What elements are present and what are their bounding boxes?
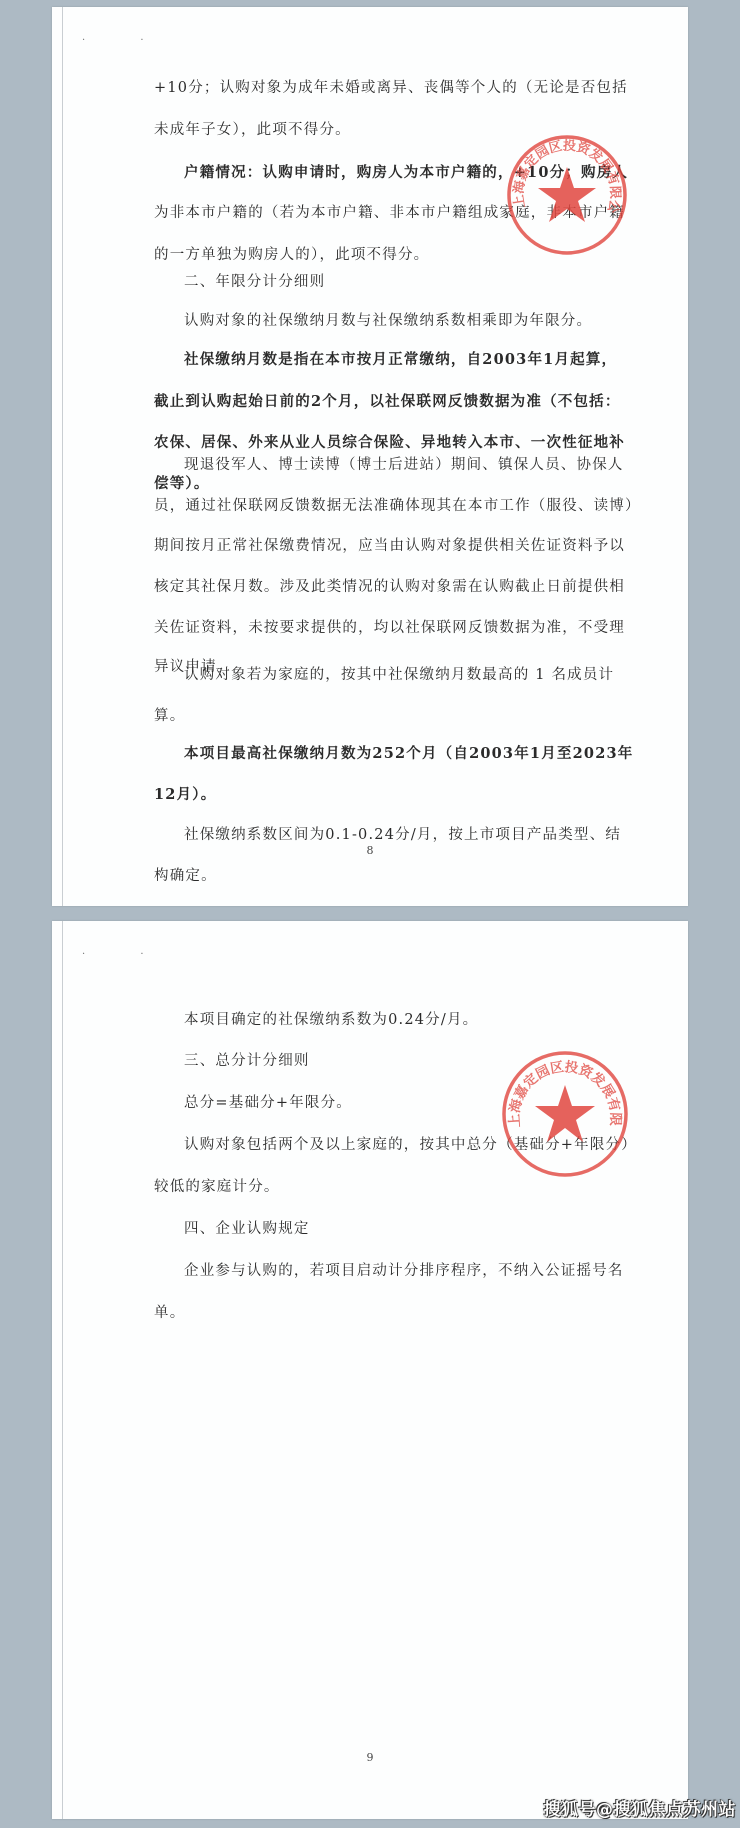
text-line: 12月）。 bbox=[154, 783, 648, 804]
section-heading: 三、总分计分细则 bbox=[154, 1049, 648, 1070]
text-line: 认购对象若为家庭的，按其中社保缴纳月数最高的 1 名成员计 bbox=[154, 663, 648, 684]
text-line: 总分=基础分+年限分。 bbox=[154, 1091, 648, 1112]
text-line: 认购对象的社保缴纳月数与社保缴纳系数相乘即为年限分。 bbox=[154, 309, 648, 330]
text-line: 关佐证资料，未按要求提供的，均以社保联网反馈数据为准，不受理 bbox=[154, 616, 648, 637]
text-line: 社保缴纳月数是指在本市按月正常缴纳，自2003年1月起算， bbox=[154, 348, 648, 369]
text-line: 户籍情况：认购申请时，购房人为本市户籍的，+10分；购房人 bbox=[154, 161, 648, 182]
text-line: 为非本市户籍的（若为本市户籍、非本市户籍组成家庭，非本市户籍 bbox=[154, 201, 648, 222]
text-line: 单。 bbox=[154, 1301, 648, 1322]
official-seal-stamp: 上海嘉定园区投资发展有限公司 bbox=[505, 133, 629, 257]
text-line: 截止到认购起始日前的2个月，以社保联网反馈数据为准（不包括： bbox=[154, 390, 648, 411]
section-heading: 四、企业认购规定 bbox=[154, 1217, 648, 1238]
text-line: 较低的家庭计分。 bbox=[154, 1175, 648, 1196]
text-line: 核定其社保月数。涉及此类情况的认购对象需在认购截止日前提供相 bbox=[154, 575, 648, 596]
text-line: 的一方单独为购房人的），此项不得分。 bbox=[154, 243, 648, 264]
text-line: 企业参与认购的，若项目启动计分排序程序，不纳入公证摇号名 bbox=[154, 1259, 648, 1280]
text-line: 认购对象包括两个及以上家庭的，按其中总分（基础分+年限分） bbox=[154, 1133, 648, 1154]
section-heading: 二、年限分计分细则 bbox=[154, 270, 648, 291]
text-line: 未成年子女），此项不得分。 bbox=[154, 118, 648, 139]
page-number: 9 bbox=[52, 1751, 688, 1764]
scan-marks: · · bbox=[82, 35, 170, 46]
source-watermark: 搜狐号@搜狐焦点苏州站 bbox=[544, 1795, 737, 1820]
scan-marks: · · bbox=[82, 949, 170, 960]
text-line: 员，通过社保联网反馈数据无法准确体现其在本市工作（服役、读博） bbox=[154, 494, 648, 515]
page-number: 8 bbox=[52, 844, 688, 857]
text-line: 期间按月正常社保缴费情况，应当由认购对象提供相关佐证资料予以 bbox=[154, 534, 648, 555]
document-page-8: · · +10分；认购对象为成年未婚或离异、丧偶等个人的（无论是否包括 未成年子… bbox=[52, 7, 688, 906]
text-line: +10分；认购对象为成年未婚或离异、丧偶等个人的（无论是否包括 bbox=[154, 76, 648, 97]
text-line: 算。 bbox=[154, 704, 648, 725]
text-line: 偿等）。 bbox=[154, 472, 648, 493]
text-line: 现退役军人、博士读博（博士后进站）期间、镇保人员、协保人 bbox=[154, 453, 648, 474]
text-line: 农保、居保、外来从业人员综合保险、异地转入本市、一次性征地补 bbox=[154, 431, 648, 452]
text-line: 社保缴纳系数区间为0.1-0.24分/月，按上市项目产品类型、结 bbox=[154, 823, 648, 844]
document-page-9: · · 本项目确定的社保缴纳系数为0.24分/月。 三、总分计分细则 总分=基础… bbox=[52, 921, 688, 1819]
text-line: 构确定。 bbox=[154, 864, 648, 885]
text-line: 本项目最高社保缴纳月数为252个月（自2003年1月至2023年 bbox=[154, 742, 648, 763]
text-line: 本项目确定的社保缴纳系数为0.24分/月。 bbox=[154, 1008, 648, 1029]
